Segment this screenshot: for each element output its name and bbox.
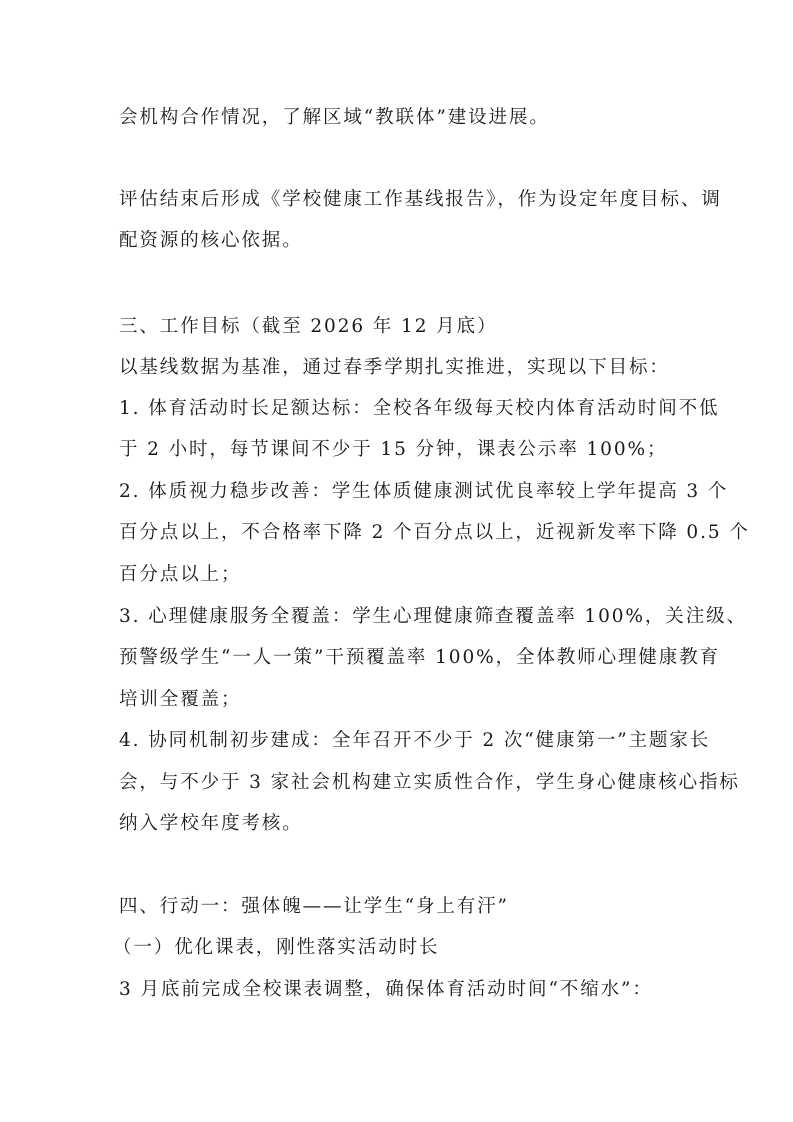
section-4-heading: 四、行动一：强体魄——让学生“身上有汗” <box>119 895 509 919</box>
paragraph-schedule: 3 月底前完成全校课表调整，确保体育活动时间“不缩水”： <box>119 978 653 1002</box>
goal-2-line-2: 百分点以上，不合格率下降 2 个百分点以上，近视新发率下降 0.5 个 <box>119 521 750 545</box>
goal-1-line-2: 于 2 小时，每节课间不少于 15 分钟，课表公示率 100%； <box>119 438 667 462</box>
paragraph-continuation-line-1: 会机构合作情况，了解区域“教联体”建设进展。 <box>119 106 550 130</box>
paragraph-baseline-report-line-1: 评估结束后形成《学校健康工作基线报告》，作为设定年度目标、调 <box>119 188 722 212</box>
goal-4-line-3: 纳入学校年度考核。 <box>119 812 303 836</box>
subsection-1-heading: （一）优化课表，刚性落实活动时长 <box>113 936 439 960</box>
goal-4-line-1: 4. 协同机制初步建成：全年召开不少于 2 次“健康第一”主题家长 <box>119 729 710 753</box>
goal-2-line-3: 百分点以上； <box>119 563 241 587</box>
goal-3-line-2: 预警级学生“一人一策”干预覆盖率 100%，全体教师心理健康教育 <box>119 646 720 670</box>
goals-intro: 以基线数据为基准，通过春季学期扎实推进，实现以下目标： <box>119 356 670 380</box>
goal-1-line-1: 1. 体育活动时长足额达标：全校各年级每天校内体育活动时间不低 <box>119 397 719 421</box>
section-3-heading: 三、工作目标（截至 2026 年 12 月底） <box>119 315 497 339</box>
goal-3-line-1: 3. 心理健康服务全覆盖：学生心理健康筛查覆盖率 100%，关注级、 <box>119 605 747 629</box>
paragraph-baseline-report-line-2: 配资源的核心依据。 <box>119 229 303 253</box>
goal-2-line-1: 2. 体质视力稳步改善：学生体质健康测试优良率较上学年提高 3 个 <box>119 480 728 504</box>
goal-4-line-2: 会，与不少于 3 家社会机构建立实质性合作，学生身心健康核心指标 <box>119 771 740 795</box>
goal-3-line-3: 培训全覆盖； <box>119 688 241 712</box>
